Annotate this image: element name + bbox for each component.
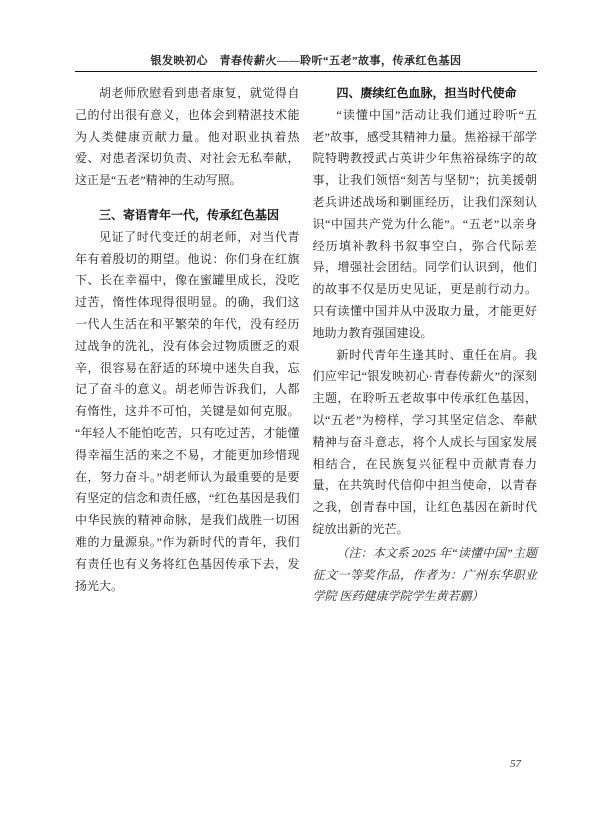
section-4-paragraph-2: 新时代青年生逢其时、重任在肩。我们应牢记“银发映初心·青春传薪火”的深刻主题，在… — [313, 345, 538, 541]
section-4-heading: 四、赓续红色血脉，担当时代使命 — [313, 83, 538, 105]
running-head-title: 银发映初心 青春传薪火——聆听“五老”故事，传承红色基因 — [75, 52, 537, 68]
continued-paragraph: 胡老师欣慰看到患者康复，就觉得自己的付出很有意义，也体会到精湛技术能为人类健康贡… — [75, 83, 300, 192]
right-column: 四、赓续红色血脉，担当时代使命 “读懂中国”活动让我们通过聆听“五老”故事，感受… — [313, 83, 538, 608]
left-column: 胡老师欣慰看到患者康复，就觉得自己的付出很有意义，也体会到精湛技术能为人类健康贡… — [75, 83, 300, 608]
page-number: 57 — [510, 758, 521, 770]
document-page: 银发映初心 青春传薪火——聆听“五老”故事，传承红色基因 胡老师欣慰看到患者康复… — [0, 0, 612, 839]
text-columns: 胡老师欣慰看到患者康复，就觉得自己的付出很有意义，也体会到精湛技术能为人类健康贡… — [75, 83, 537, 608]
section-4-paragraph-1: “读懂中国”活动让我们通过聆听“五老”故事，感受其精神力量。焦裕禄干部学院特聘教… — [313, 105, 538, 345]
header-rule — [75, 71, 537, 72]
author-note: （注：本文系 2025 年“读懂中国”主题征文一等奖作品，作者为：广州东华职业学… — [313, 543, 538, 608]
section-3-heading: 三、寄语青年一代，传承红色基因 — [75, 205, 300, 227]
section-3-paragraph: 见证了时代变迁的胡老师，对当代青年有着殷切的期望。他说：你们身在红旗下、长在幸福… — [75, 227, 300, 598]
